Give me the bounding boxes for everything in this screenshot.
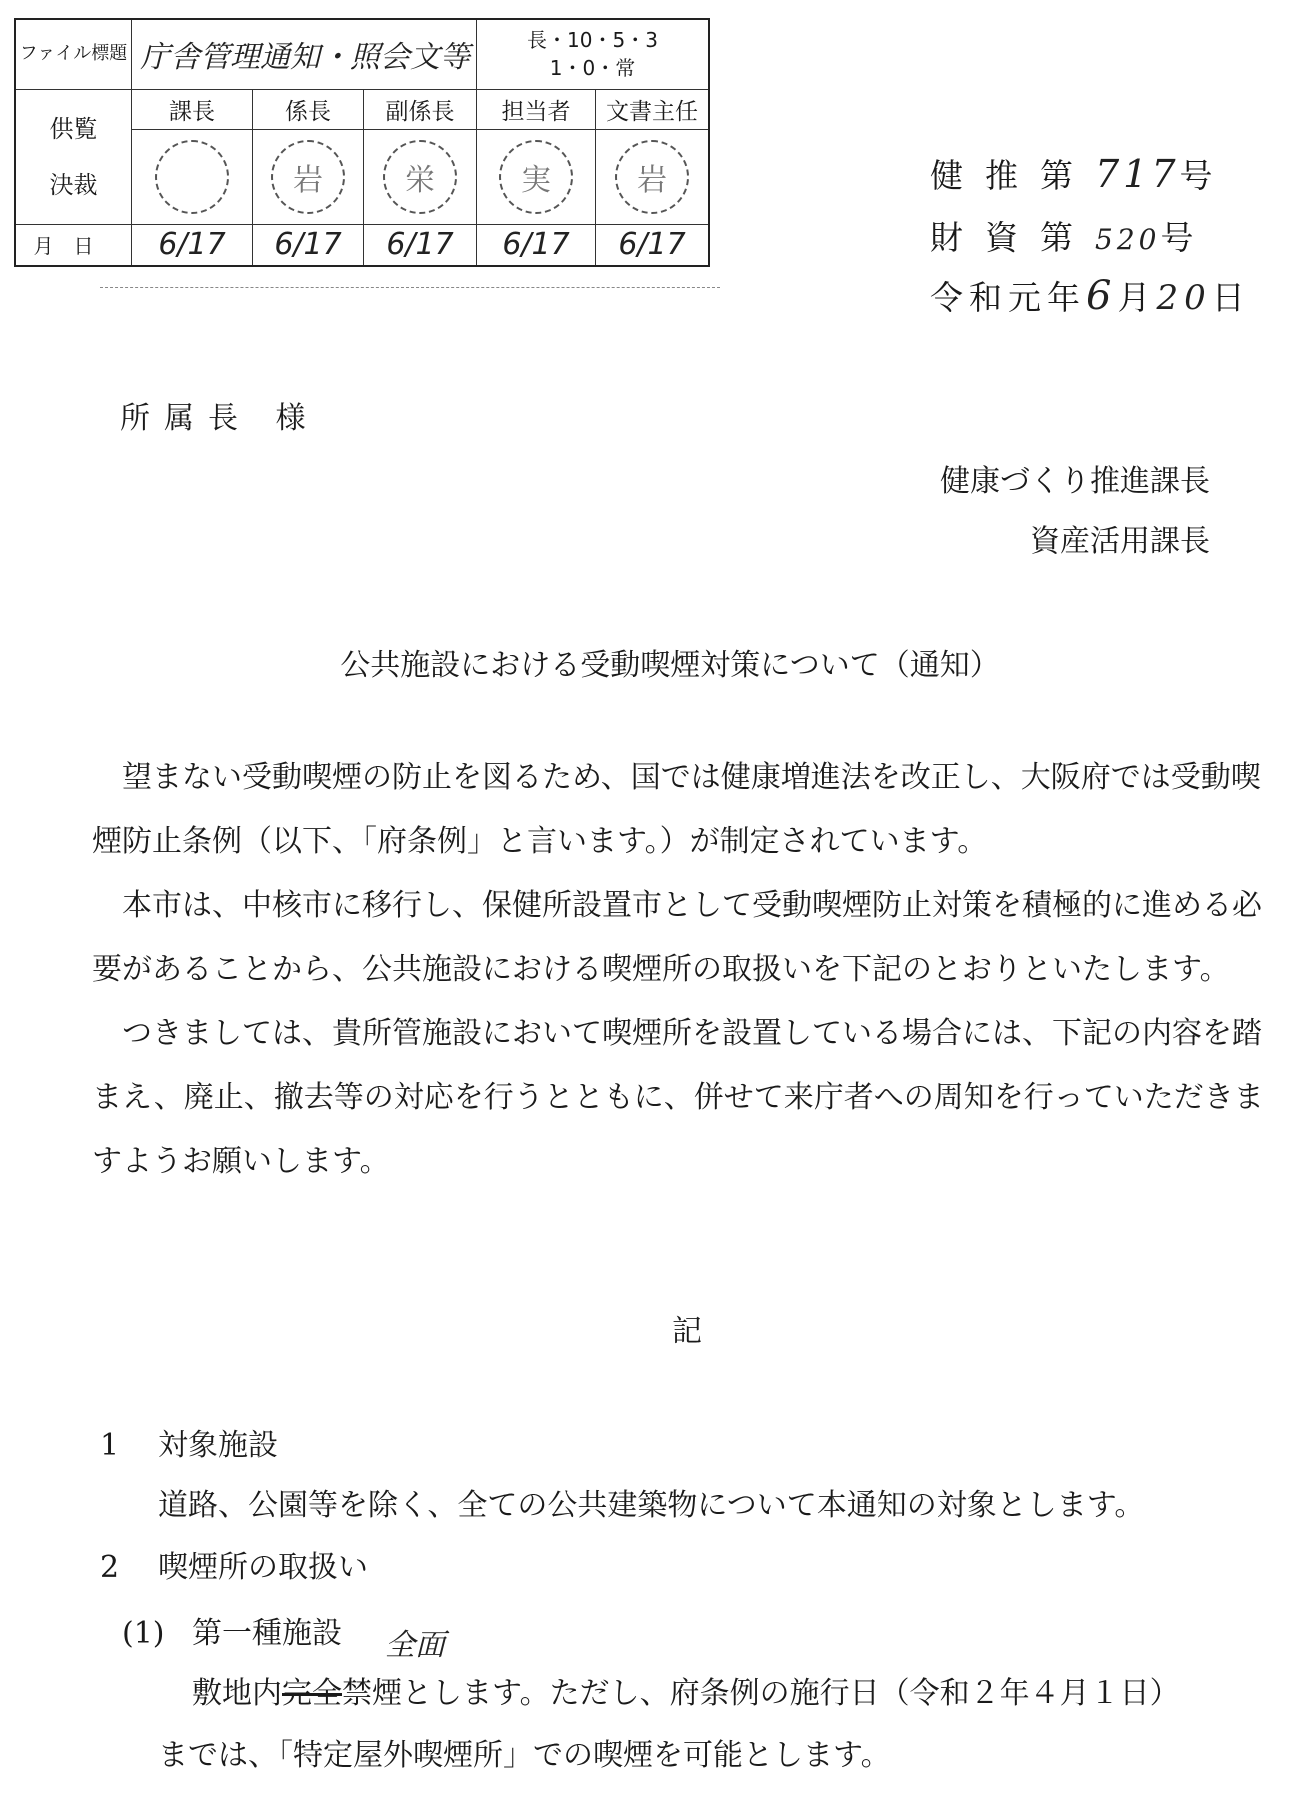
doc-number-finance: 財資第520号 [930, 212, 1215, 259]
col-section-chief: 課長 [132, 89, 253, 129]
doc-number-value: 717 [1095, 152, 1180, 196]
retention-period: 長・10・5・3 1・0・常 [477, 19, 710, 89]
paragraph: つきましては、貴所管施設において喫煙所を設置している場合には、下記の内容を踏まえ… [92, 1002, 1277, 1194]
date-cell: 6/17 [132, 224, 253, 266]
seal-icon: 実 [499, 140, 573, 214]
paragraph: 望まない受動喫煙の防止を図るため、国では健康増進法を改正し、大阪府では受動喫煙防… [92, 746, 1277, 874]
retention-line-1: 長・10・5・3 [477, 26, 708, 54]
ki-heading: 記 [672, 1306, 702, 1350]
file-title-label: ファイル標題 [15, 19, 132, 89]
date-cell: 6/17 [253, 224, 364, 266]
date-cell: 6/17 [596, 224, 710, 266]
doc-number-prefix: 財資第 [930, 218, 1095, 257]
seal-cell: 実 [477, 129, 596, 224]
subsection-1-text-line2: までは、「特定屋外喫煙所」での喫煙を可能とします。 [158, 1730, 891, 1774]
sender-health-promotion: 健康づくり推進課長 [940, 452, 1210, 512]
subsection-1-heading: (1)第一種施設 [122, 1608, 342, 1652]
date-month: 6 [1086, 273, 1117, 319]
paragraph: 本市は、中核市に移行し、保健所設置市として受動喫煙防止対策を積極的に進める必要が… [92, 874, 1277, 1002]
col-document-officer: 文書主任 [596, 89, 710, 129]
body-paragraphs: 望まない受動喫煙の防止を図るため、国では健康増進法を改正し、大阪府では受動喫煙防… [92, 746, 1277, 1194]
section-title: 対象施設 [158, 1428, 278, 1463]
seal-cell: 岩 [596, 129, 710, 224]
date-cell: 6/17 [477, 224, 596, 266]
review-label: 供覧 [16, 101, 131, 157]
date-cell: 6/17 [364, 224, 477, 266]
section-number: 1 [100, 1428, 158, 1463]
section-2-heading: 2喫煙所の取扱い [100, 1542, 368, 1586]
doc-number-suffix: 号 [1160, 218, 1215, 257]
text-segment: 敷地内 [192, 1676, 282, 1711]
subsection-1-text: 敷地内完全禁煙とします。ただし、府条例の施行日（令和２年４月１日） [192, 1668, 1180, 1712]
section-1-heading: 1対象施設 [100, 1420, 278, 1464]
section-number: 2 [100, 1550, 158, 1585]
col-person-in-charge: 担当者 [477, 89, 596, 129]
review-decision-label: 供覧 決裁 [15, 89, 132, 224]
decision-label: 決裁 [16, 157, 131, 213]
col-subsection-chief: 係長 [253, 89, 364, 129]
senders: 健康づくり推進課長 資産活用課長 [940, 452, 1210, 572]
divider [100, 287, 720, 288]
retention-line-2: 1・0・常 [477, 54, 708, 82]
doc-number-health: 健推第717号 [930, 150, 1235, 197]
seal-icon: 栄 [383, 140, 457, 214]
sender-asset-utilization: 資産活用課長 [940, 512, 1210, 572]
doc-number-prefix: 健推第 [930, 156, 1095, 195]
doc-number-suffix: 号 [1180, 156, 1235, 195]
addressee: 所属長 様 [120, 393, 320, 437]
seal-cell: 栄 [364, 129, 477, 224]
seal-cell [132, 129, 253, 224]
date-day: 20 [1156, 278, 1211, 318]
subsection-title: 第一種施設 [192, 1616, 342, 1651]
date-row-label: 月日 [15, 224, 132, 266]
handwritten-correction: 全面 [385, 1620, 445, 1664]
approval-stamp-table: ファイル標題 庁舎管理通知・照会文等 長・10・5・3 1・0・常 供覧 決裁 … [14, 18, 710, 267]
col-deputy-subsection-chief: 副係長 [364, 89, 477, 129]
seal-icon [155, 140, 229, 214]
date-month-label: 月 [1117, 278, 1156, 317]
issue-date: 令和元年6月20日 [930, 272, 1251, 319]
section-title: 喫煙所の取扱い [158, 1550, 368, 1585]
file-title-value: 庁舎管理通知・照会文等 [132, 19, 477, 89]
text-segment: 禁煙とします。ただし、府条例の施行日（令和２年４月１日） [342, 1676, 1180, 1711]
doc-number-value: 520 [1095, 223, 1160, 256]
seal-icon: 岩 [271, 140, 345, 214]
date-day-label: 日 [1212, 278, 1251, 317]
subsection-number: (1) [122, 1616, 192, 1651]
seal-cell: 岩 [253, 129, 364, 224]
struck-text: 完全 [282, 1676, 342, 1711]
document-title: 公共施設における受動喫煙対策について（通知） [0, 640, 1300, 684]
section-1-text: 道路、公園等を除く、全ての公共建築物について本通知の対象とします。 [158, 1480, 1144, 1524]
date-era: 令和元年 [930, 278, 1086, 317]
seal-icon: 岩 [615, 140, 689, 214]
